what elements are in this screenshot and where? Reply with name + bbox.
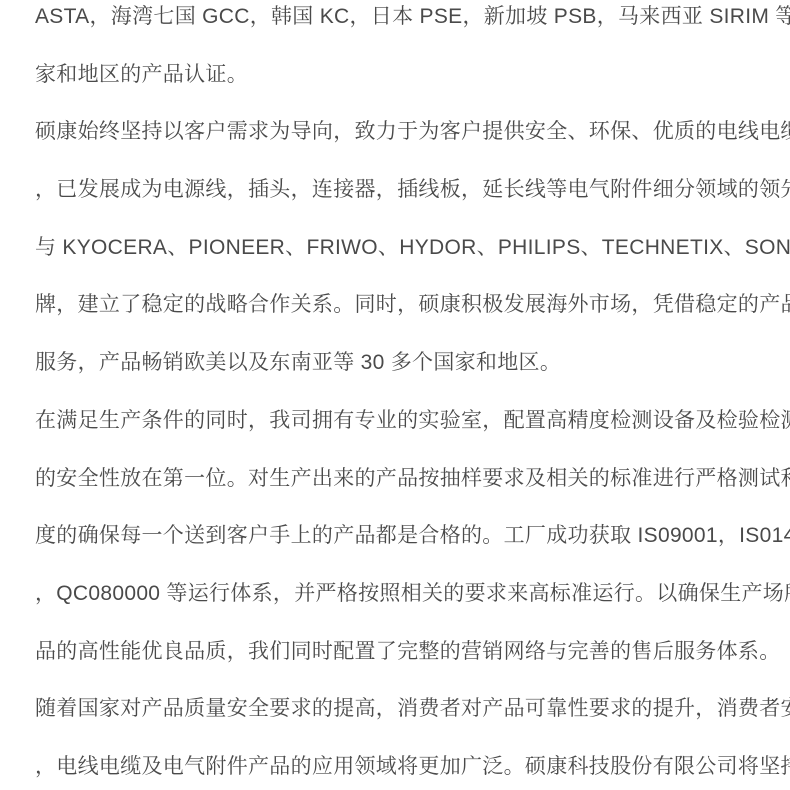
text-line: 品的高性能优良品质，我们同时配置了完整的营销网络与完善的售后服务体系。 <box>35 623 790 681</box>
text-line: ，QC080000 等运行体系，并严格按照相关的要求来高标准运行。以确保生产场所… <box>35 565 790 623</box>
text-line: 度的确保每一个送到客户手上的产品都是合格的。工厂成功获取 IS09001，IS0… <box>35 507 790 565</box>
text-line: 硕康始终坚持以客户需求为导向，致力于为客户提供安全、环保、优质的电线电缆以及附件… <box>35 103 790 161</box>
text-line: ，已发展成为电源线，插头，连接器，插线板，延长线等电气附件细分领域的领先企业。目… <box>35 161 790 219</box>
text-line: 在满足生产条件的同时，我司拥有专业的实验室，配置高精度检测设备及检验检测人员，把… <box>35 392 790 450</box>
text-line: ASTA，海湾七国 GCC，韩国 KC，日本 PSE，新加坡 PSB，马来西亚 … <box>35 0 790 46</box>
text-line: 牌，建立了稳定的战略合作关系。同时，硕康积极发展海外市场，凭借稳定的产品质量和优… <box>35 276 790 334</box>
text-line: 家和地区的产品认证。 <box>35 46 790 104</box>
text-line: 与 KYOCERA、PIONEER、FRIWO、HYDOR、PHILIPS、TE… <box>35 219 790 277</box>
text-line: ，电线电缆及电气附件产品的应用领域将更加广泛。硕康科技股份有限公司将坚持客户导向… <box>35 738 790 790</box>
company-profile-text: ASTA，海湾七国 GCC，韩国 KC，日本 PSE，新加坡 PSB，马来西亚 … <box>35 0 790 790</box>
text-line: 服务，产品畅销欧美以及东南亚等 30 多个国家和地区。 <box>35 334 790 392</box>
text-line: 的安全性放在第一位。对生产出来的产品按抽样要求及相关的标准进行严格测试和把关，最… <box>35 450 790 508</box>
text-line: 随着国家对产品质量安全要求的提高，消费者对产品可靠性要求的提升，消费者安全意识的… <box>35 680 790 738</box>
